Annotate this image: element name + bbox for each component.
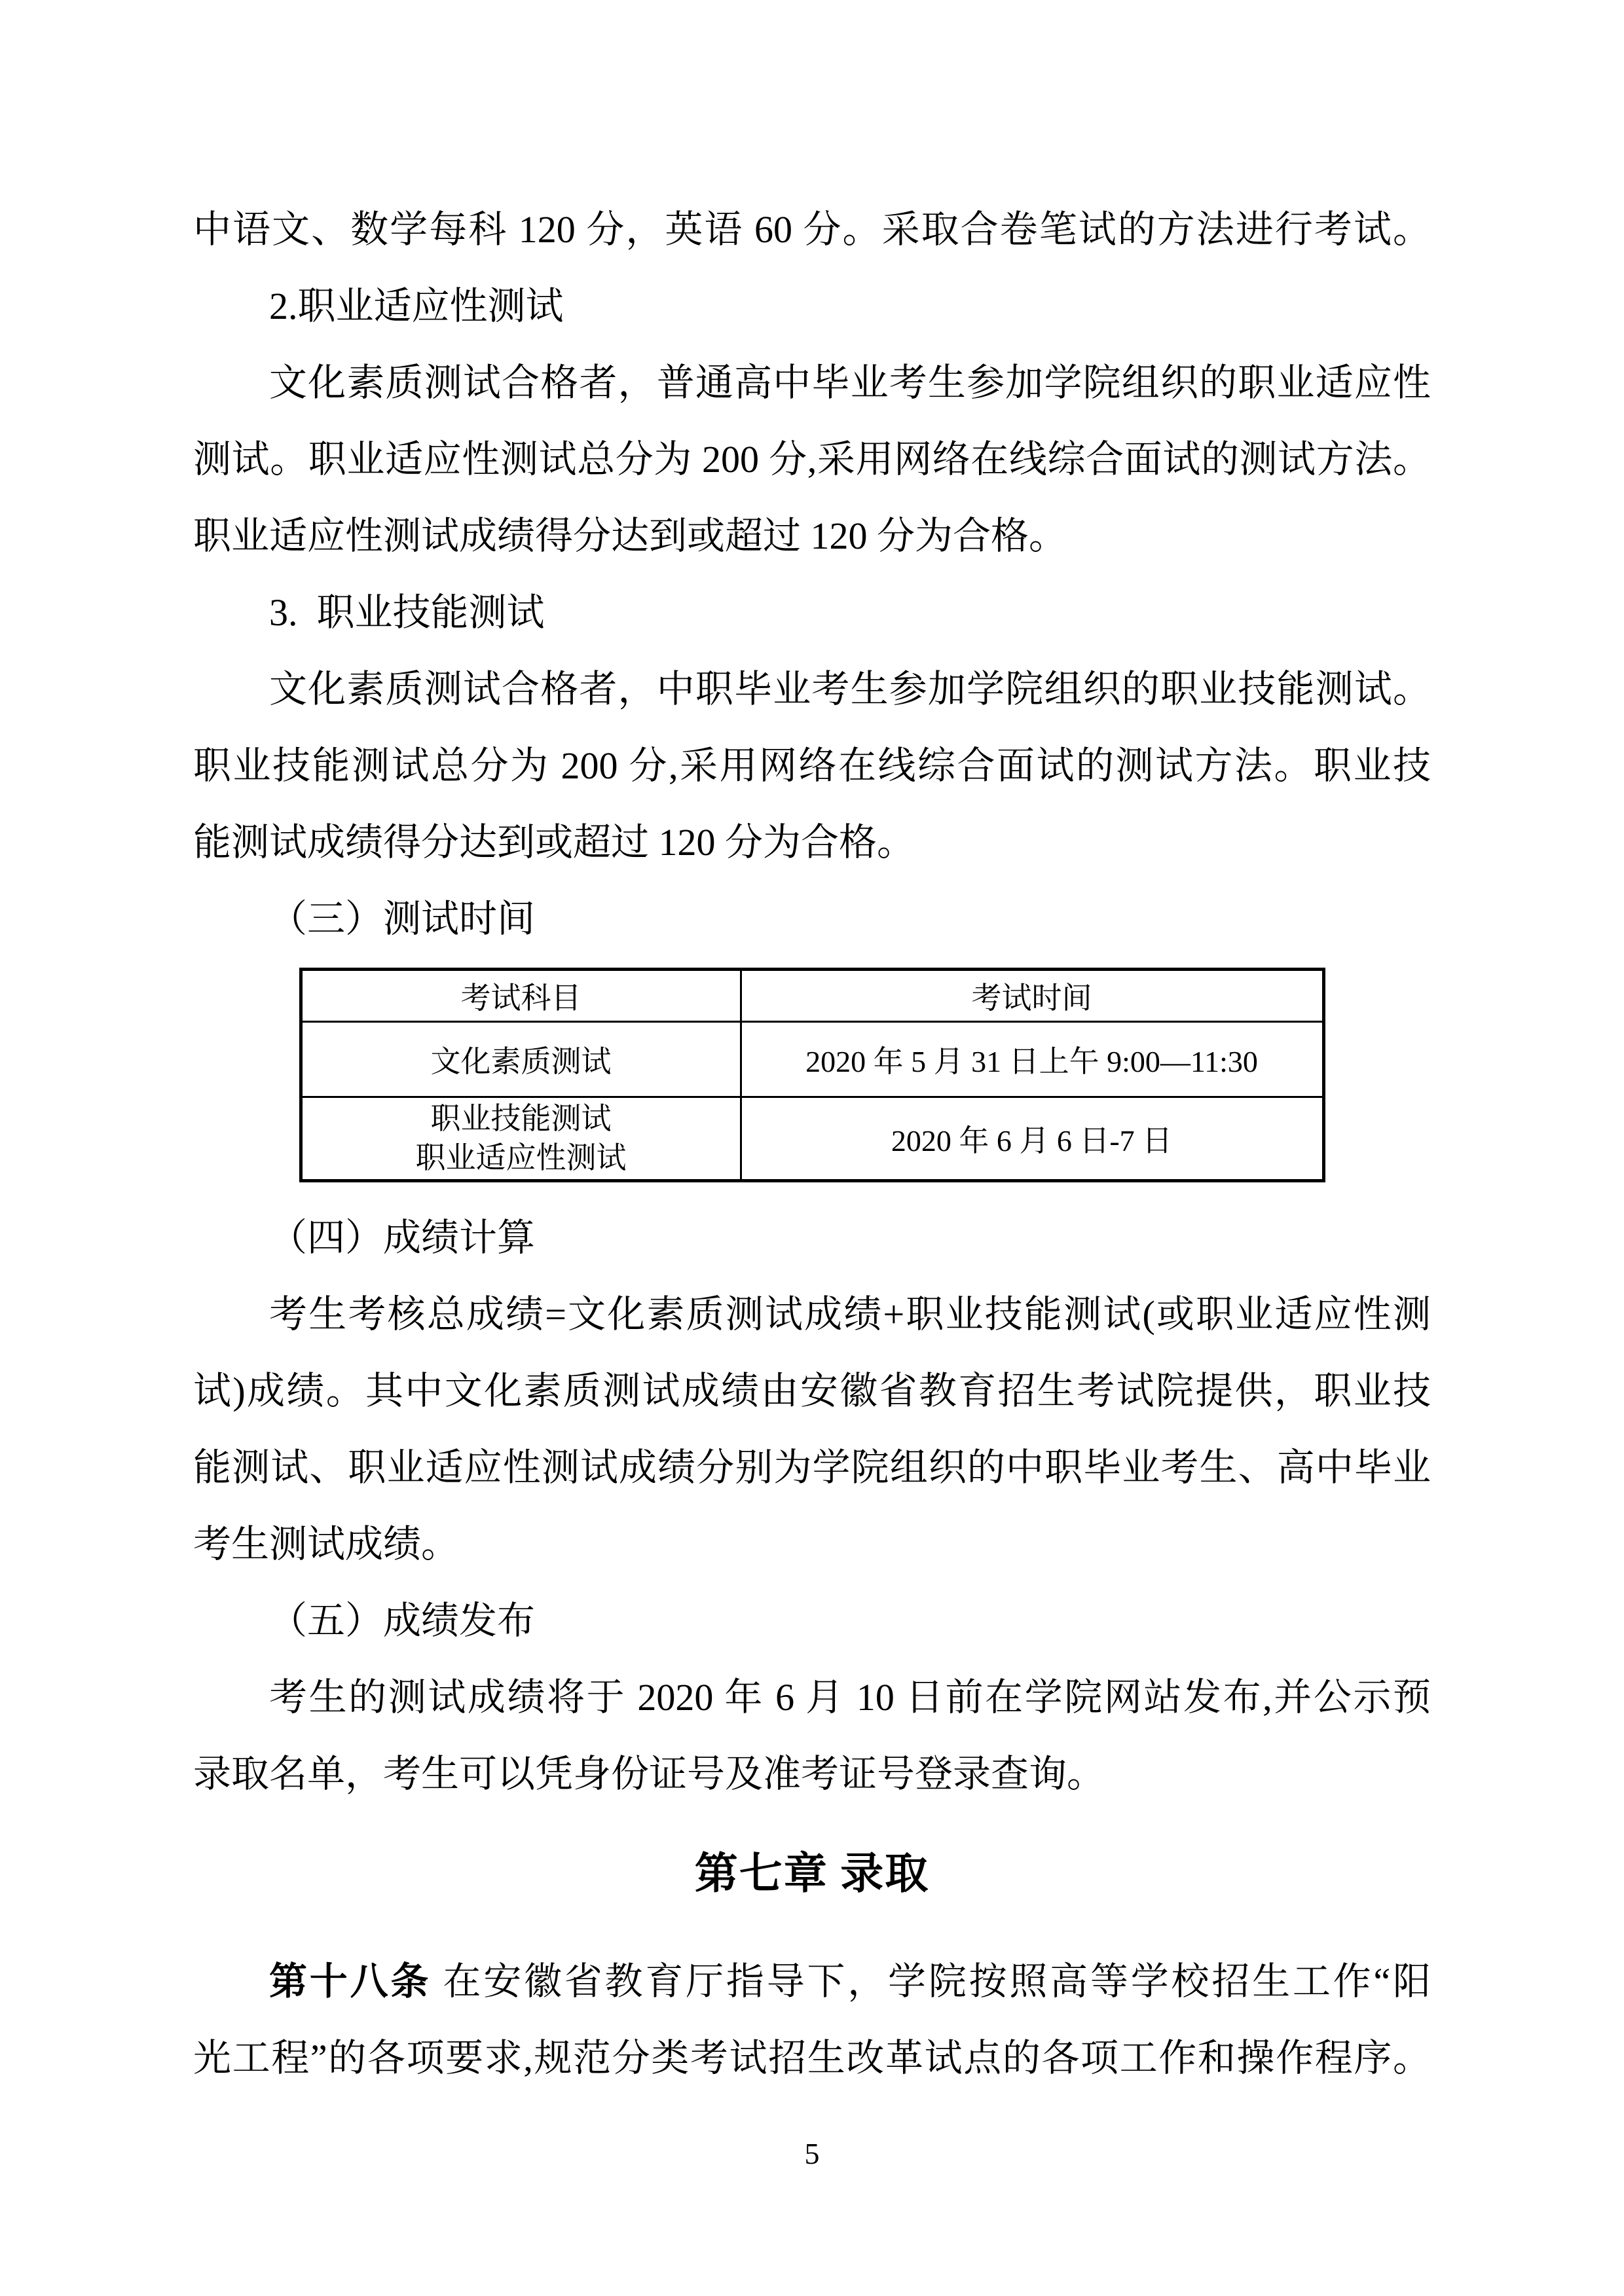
body-line: 录取名单，考生可以凭身份证号及准考证号登录查询。 — [193, 1736, 1431, 1812]
body-line: 考生的测试成绩将于 2020 年 6 月 10 日前在学院网站发布,并公示预 — [193, 1659, 1431, 1736]
body-line: 职业技能测试总分为 200 分,采用网络在线综合面试的测试方法。职业技 — [193, 727, 1431, 804]
article-18-line: 第十八条 在安徽省教育厅指导下，学院按照高等学校招生工作“阳 — [193, 1943, 1431, 2020]
exam-schedule-table: 考试科目 考试时间 文化素质测试 2020 年 5 月 31 日上午 9:00—… — [299, 968, 1325, 1182]
body-line: 考生考核总成绩=文化素质测试成绩+职业技能测试(或职业适应性测 — [193, 1276, 1431, 1353]
body-line: 职业适应性测试成绩得分达到或超过 120 分为合格。 — [193, 498, 1431, 574]
table-header-row: 考试科目 考试时间 — [301, 970, 1323, 1022]
subject-line-aptitude-test: 职业适应性测试 — [303, 1139, 740, 1178]
numbered-item-2: 2.职业适应性测试 — [193, 268, 1431, 344]
section-heading-score-release: （五）成绩发布 — [193, 1582, 1431, 1659]
body-line: 能测试、职业适应性测试成绩分别为学院组织的中职毕业考生、高中毕业 — [193, 1429, 1431, 1506]
body-line: 光工程”的各项要求,规范分类考试招生改革试点的各项工作和操作程序。 — [193, 2020, 1431, 2096]
table-row: 职业技能测试 职业适应性测试 2020 年 6 月 6 日-7 日 — [301, 1097, 1323, 1181]
body-line: 文化素质测试合格者，普通高中毕业考生参加学院组织的职业适应性 — [193, 344, 1431, 421]
table-cell-subject: 职业技能测试 职业适应性测试 — [301, 1097, 741, 1181]
table-header-time: 考试时间 — [741, 970, 1323, 1022]
page-number: 5 — [193, 2134, 1431, 2174]
table-row: 文化素质测试 2020 年 5 月 31 日上午 9:00—11:30 — [301, 1022, 1323, 1097]
table-cell-subject: 文化素质测试 — [301, 1022, 741, 1097]
numbered-item-3: 3. 职业技能测试 — [193, 574, 1431, 651]
body-line: 试)成绩。其中文化素质测试成绩由安徽省教育招生考试院提供，职业技 — [193, 1353, 1431, 1429]
chapter-heading: 第七章 录取 — [193, 1832, 1431, 1917]
subject-line-skill-test: 职业技能测试 — [303, 1099, 740, 1139]
table-header-subject: 考试科目 — [301, 970, 741, 1022]
body-line: 测试。职业适应性测试总分为 200 分,采用网络在线综合面试的测试方法。 — [193, 421, 1431, 498]
body-line: 能测试成绩得分达到或超过 120 分为合格。 — [193, 804, 1431, 881]
document-page: 中语文、数学每科 120 分，英语 60 分。采取合卷笔试的方法进行考试。 2.… — [0, 0, 1624, 2296]
article-18-text: 在安徽省教育厅指导下，学院按照高等学校招生工作“阳 — [431, 1960, 1431, 2003]
article-18-label: 第十八条 — [269, 1960, 431, 2003]
body-line: 考生测试成绩。 — [193, 1506, 1431, 1582]
section-heading-score-calc: （四）成绩计算 — [193, 1199, 1431, 1276]
table-cell-time: 2020 年 5 月 31 日上午 9:00—11:30 — [741, 1022, 1323, 1097]
body-line: 中语文、数学每科 120 分，英语 60 分。采取合卷笔试的方法进行考试。 — [193, 191, 1431, 268]
table-cell-time: 2020 年 6 月 6 日-7 日 — [741, 1097, 1323, 1181]
body-line: 文化素质测试合格者，中职毕业考生参加学院组织的职业技能测试。 — [193, 651, 1431, 727]
section-heading-test-time: （三）测试时间 — [193, 881, 1431, 957]
